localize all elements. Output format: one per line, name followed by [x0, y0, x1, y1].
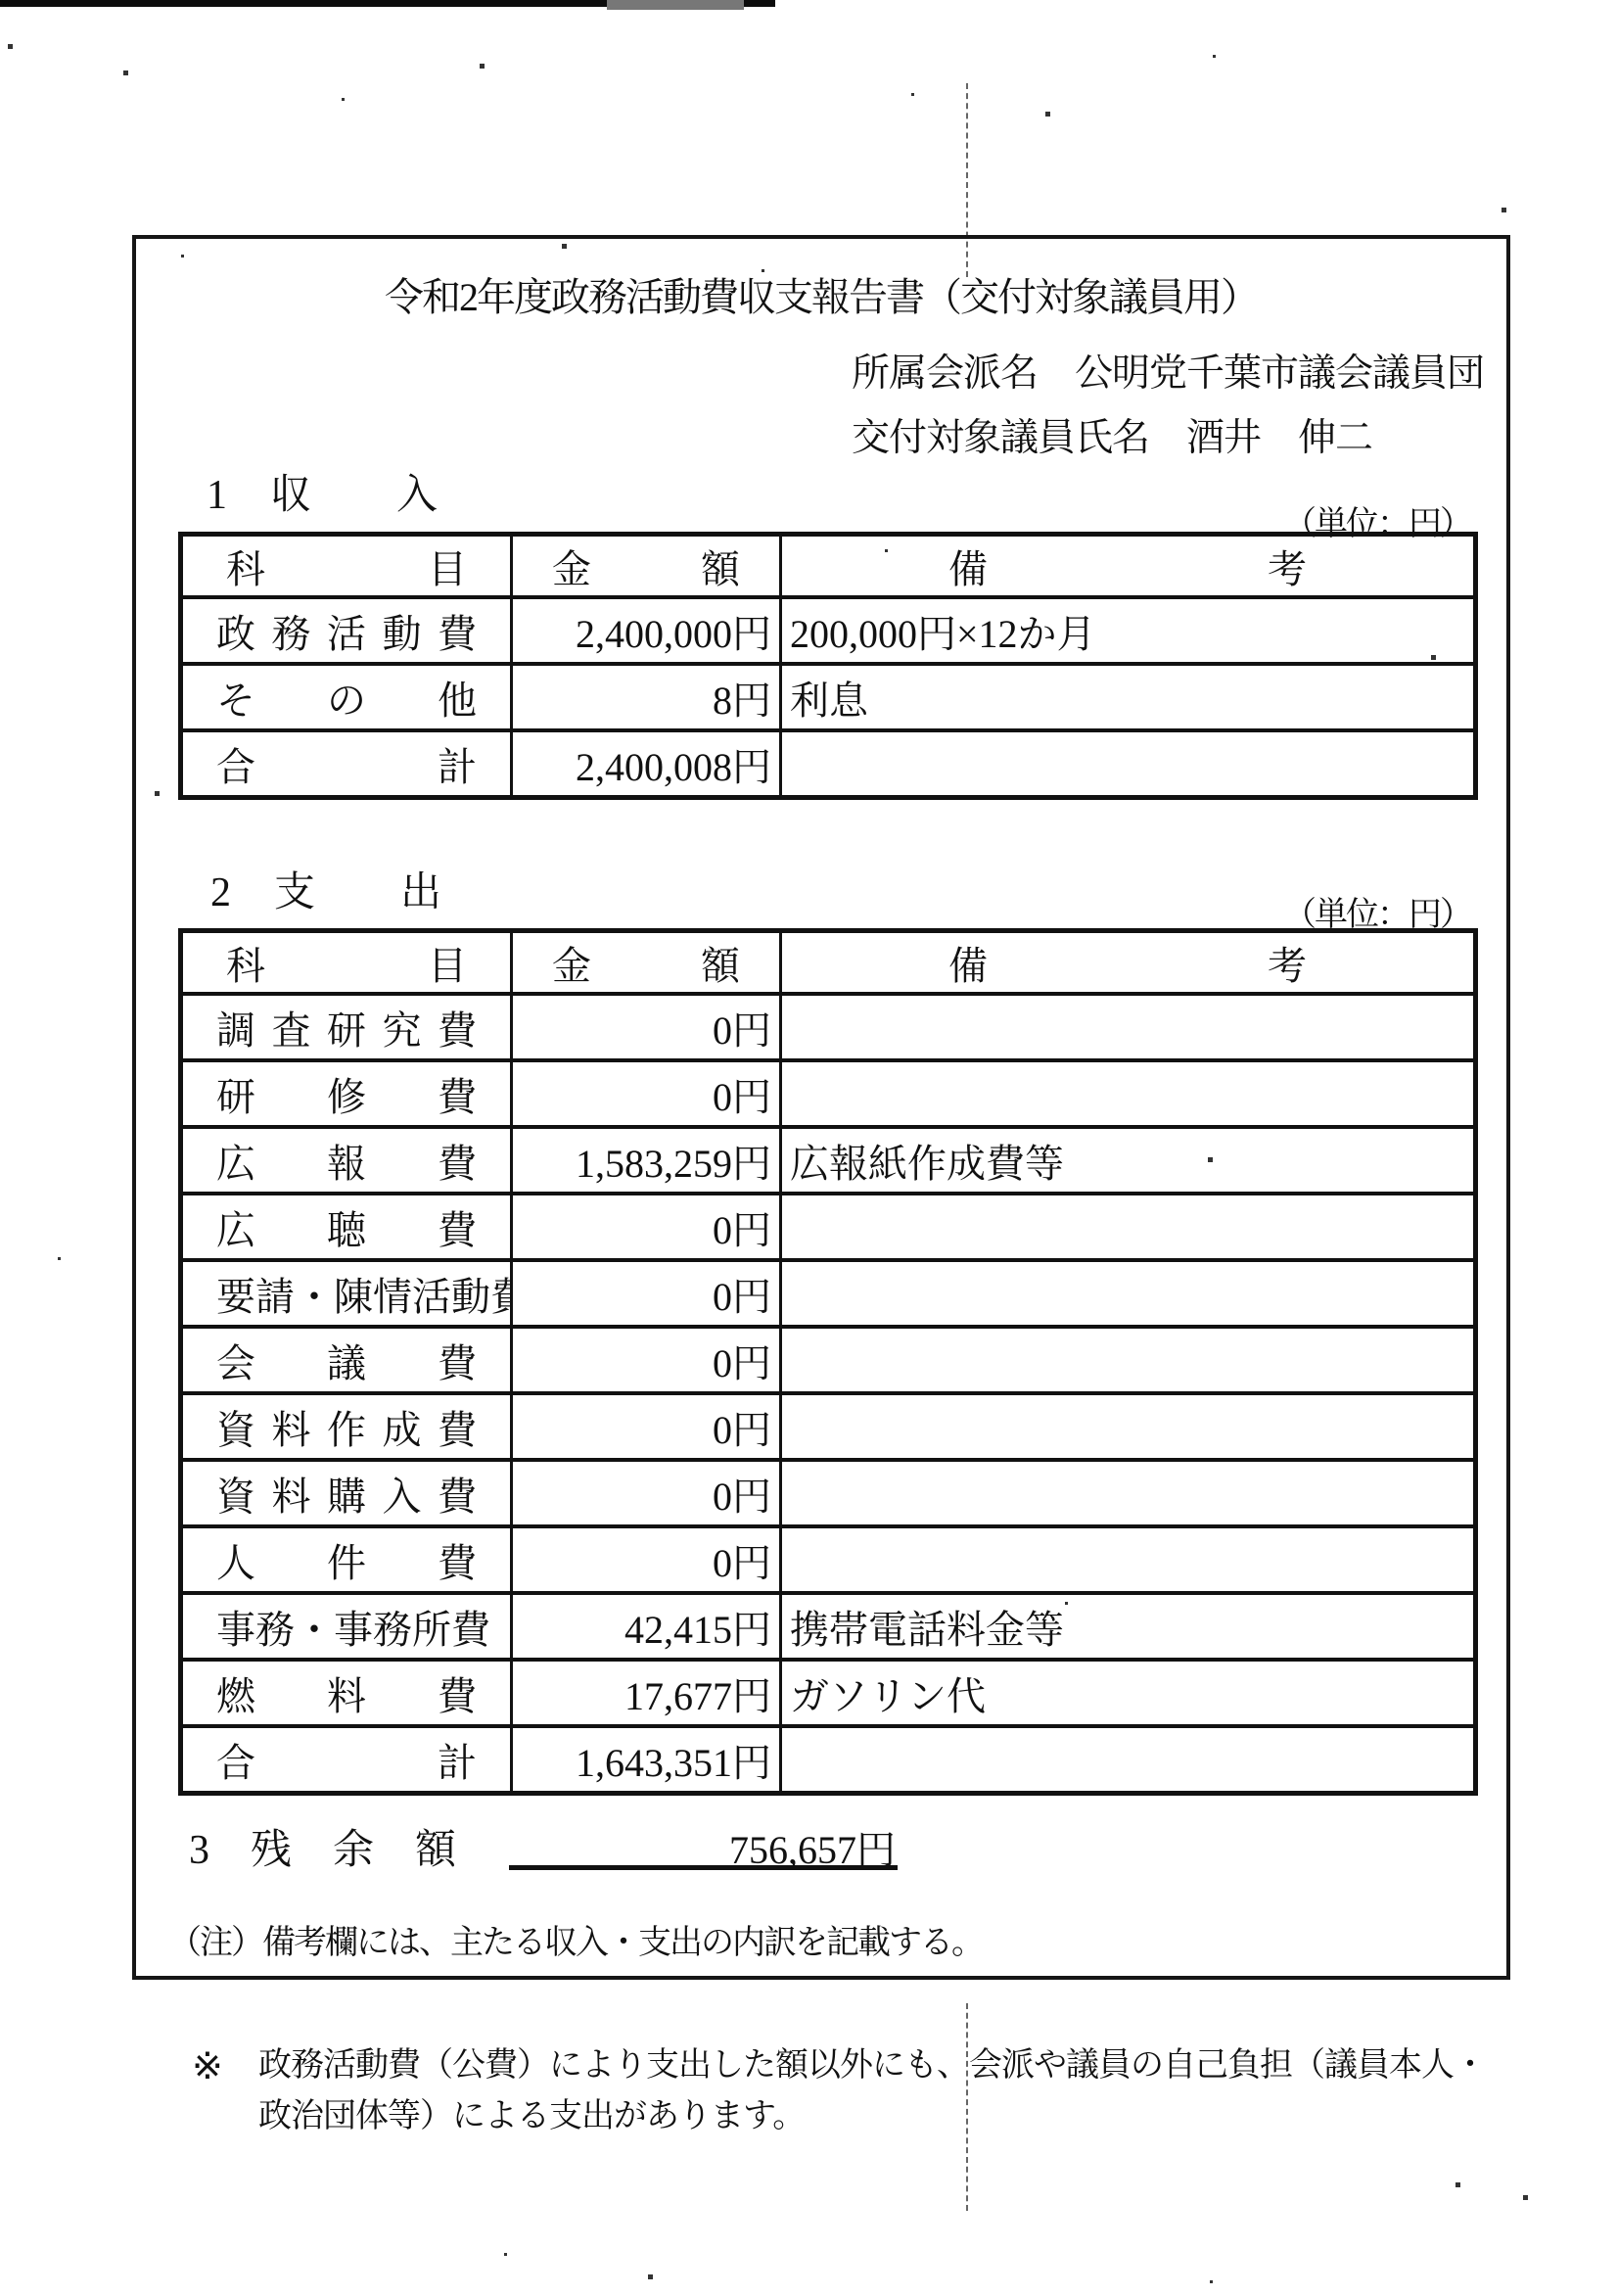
amount-cell: 2,400,008円: [512, 730, 781, 798]
item-cell: 調査研究費: [181, 994, 512, 1060]
col-header-item: 科目: [181, 931, 512, 995]
expense-table: 科目 金額 備考 調査研究費 0円 研修費 0円 広報費 1,583,259円 …: [178, 928, 1478, 1796]
item-cell: 広報費: [181, 1127, 512, 1194]
faction-line: 所属会派名公明党千葉市議会議員団: [852, 343, 1484, 398]
income-table: 科目 金額 備考 政務活動費 2,400,000円 200,000円×12か月 …: [178, 532, 1478, 800]
scanned-report-page: 令和2年度政務活動費収支報告書（交付対象議員用） 所属会派名公明党千葉市議会議員…: [0, 0, 1617, 2296]
note-cell: [781, 994, 1476, 1060]
amount-cell: 0円: [512, 1393, 781, 1460]
expense-row: 会議費 0円: [181, 1327, 1476, 1393]
item-cell: 研修費: [181, 1060, 512, 1127]
income-row: 政務活動費 2,400,000円 200,000円×12か月: [181, 597, 1476, 664]
amount-cell: 1,643,351円: [512, 1726, 781, 1794]
expense-row: 広聴費 0円: [181, 1194, 1476, 1260]
amount-cell: 0円: [512, 1327, 781, 1393]
amount-cell: 1,583,259円: [512, 1127, 781, 1194]
note-cell: [781, 1060, 1476, 1127]
col-header-note: 備考: [781, 931, 1476, 995]
col-header-amount: 金額: [512, 931, 781, 995]
amount-cell: 0円: [512, 1194, 781, 1260]
item-cell: 資料作成費: [181, 1393, 512, 1460]
note-cell: 携帯電話料金等: [781, 1593, 1476, 1660]
expense-row: 資料購入費 0円: [181, 1460, 1476, 1526]
member-line: 交付対象議員氏名酒井 伸二: [852, 407, 1372, 462]
note-cell: [781, 1327, 1476, 1393]
note-cell: [781, 1526, 1476, 1593]
amount-cell: 0円: [512, 1526, 781, 1593]
balance-section-heading: 3 残 余 額: [189, 1817, 456, 1876]
item-cell: 合計: [181, 730, 512, 798]
amount-cell: 8円: [512, 664, 781, 730]
faction-label: 所属会派名: [852, 352, 1038, 395]
item-cell: 広聴費: [181, 1194, 512, 1260]
note-cell: 200,000円×12か月: [781, 597, 1476, 664]
item-cell: 要請・陳情活動費: [181, 1260, 512, 1327]
item-cell: 政務活動費: [181, 597, 512, 664]
expense-section-heading: 2 支 出: [210, 860, 442, 918]
expense-row: 事務・事務所費 42,415円 携帯電話料金等: [181, 1593, 1476, 1660]
item-cell: 会議費: [181, 1327, 512, 1393]
amount-cell: 2,400,000円: [512, 597, 781, 664]
item-cell: 人件費: [181, 1526, 512, 1593]
note-cell: [781, 1393, 1476, 1460]
amount-cell: 0円: [512, 994, 781, 1060]
income-row: その他 8円 利息: [181, 664, 1476, 730]
item-cell: 資料購入費: [181, 1460, 512, 1526]
note-cell: 広報紙作成費等: [781, 1127, 1476, 1194]
expense-row: 研修費 0円: [181, 1060, 1476, 1127]
footnote-line-2: 政治団体等）による支出があります。: [258, 2091, 1486, 2142]
expense-row: 広報費 1,583,259円 広報紙作成費等: [181, 1127, 1476, 1194]
footnote-line-1: 政務活動費（公費）により支出した額以外にも、会派や議員の自己負担（議員本人・: [258, 2040, 1486, 2091]
expense-row: 調査研究費 0円: [181, 994, 1476, 1060]
report-title: 令和2年度政務活動費収支報告書（交付対象議員用）: [136, 266, 1506, 322]
expense-row: 資料作成費 0円: [181, 1393, 1476, 1460]
footnote-text: 政務活動費（公費）により支出した額以外にも、会派や議員の自己負担（議員本人・ 政…: [258, 2040, 1486, 2142]
income-section-heading: 1 収 入: [207, 462, 439, 521]
expense-total-row: 合計 1,643,351円: [181, 1726, 1476, 1794]
scan-specks: [0, 0, 1, 1]
amount-cell: 0円: [512, 1460, 781, 1526]
faction-value: 公明党千葉市議会議員団: [1075, 352, 1484, 395]
item-cell: 燃料費: [181, 1660, 512, 1726]
footnote-marker: ※: [192, 2044, 223, 2088]
col-header-note: 備考: [781, 535, 1476, 598]
amount-cell: 17,677円: [512, 1660, 781, 1726]
member-label: 交付対象議員氏名: [852, 417, 1149, 459]
income-total-row: 合計 2,400,008円: [181, 730, 1476, 798]
note-cell: [781, 1260, 1476, 1327]
income-header-row: 科目 金額 備考: [181, 535, 1476, 598]
expense-row: 人件費 0円: [181, 1526, 1476, 1593]
note-cell: 利息: [781, 664, 1476, 730]
note-cell: [781, 1194, 1476, 1260]
amount-cell: 0円: [512, 1260, 781, 1327]
note-cell: [781, 730, 1476, 798]
expense-row: 燃料費 17,677円 ガソリン代: [181, 1660, 1476, 1726]
item-cell: その他: [181, 664, 512, 730]
col-header-item: 科目: [181, 535, 512, 598]
note-cell: [781, 1726, 1476, 1794]
amount-cell: 42,415円: [512, 1593, 781, 1660]
amount-cell: 0円: [512, 1060, 781, 1127]
col-header-amount: 金額: [512, 535, 781, 598]
item-cell: 事務・事務所費: [181, 1593, 512, 1660]
member-value: 酒井 伸二: [1186, 417, 1372, 459]
scan-artifact-top-bar-gray: [607, 0, 744, 10]
remarks-note: （注）備考欄には、主たる収入・支出の内訳を記載する。: [168, 1915, 983, 1963]
report-border-box: 令和2年度政務活動費収支報告書（交付対象議員用） 所属会派名公明党千葉市議会議員…: [132, 235, 1510, 1980]
item-cell: 合計: [181, 1726, 512, 1794]
expense-row: 要請・陳情活動費 0円: [181, 1260, 1476, 1327]
expense-header-row: 科目 金額 備考: [181, 931, 1476, 995]
balance-underline: [509, 1865, 898, 1870]
note-cell: [781, 1460, 1476, 1526]
note-cell: ガソリン代: [781, 1660, 1476, 1726]
